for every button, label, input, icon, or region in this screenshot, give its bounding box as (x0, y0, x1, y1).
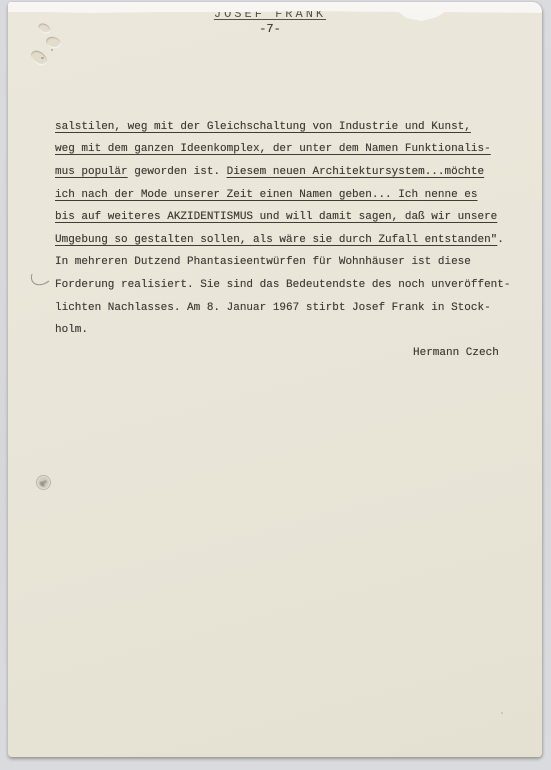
page-number: -7- (242, 22, 298, 36)
text-segment: Forderung realisiert. Sie sind das Bedeu… (55, 279, 510, 291)
text-line: lichten Nachlasses. Am 8. Januar 1967 st… (55, 297, 525, 320)
text-line: weg mit dem ganzen Ideenkomplex, der unt… (55, 138, 525, 161)
text-line: salstilen, weg mit der Gleichschaltung v… (55, 116, 525, 139)
text-line: holm. (55, 319, 525, 342)
underlined-text-segment: Diesem neuen Architektursystem...möchte (227, 166, 484, 178)
underlined-text-segment: ich nach der Mode unserer Zeit einen Nam… (55, 189, 477, 201)
text-segment: holm. (55, 324, 88, 336)
underlined-text-segment: mus populär (55, 166, 128, 178)
signature-line: Hermann Czech (55, 342, 525, 365)
text-segment: lichten Nachlasses. Am 8. Januar 1967 st… (55, 302, 491, 314)
text-line: bis auf weiteres AKZIDENTISMUS und will … (55, 206, 525, 229)
emboss-mark (28, 48, 50, 69)
underlined-text-segment: bis auf weiteres AKZIDENTISMUS und will … (55, 211, 497, 223)
pencil-mark (28, 271, 52, 296)
paper-speck (51, 49, 53, 51)
round-stain-mark (36, 475, 51, 490)
underlined-text-segment: Umgebung so gestalten sollen, als wäre s… (55, 234, 497, 246)
text-line: ich nach der Mode unserer Zeit einen Nam… (55, 184, 525, 207)
typewritten-text: salstilen, weg mit der Gleichschaltung v… (55, 48, 525, 364)
text-line: mus populär geworden ist. Diesem neuen A… (55, 161, 525, 184)
text-segment: geworden ist. (128, 166, 227, 178)
text-segment: In mehreren Dutzend Phantasieentwürfen f… (55, 256, 471, 268)
paper-speck (41, 57, 44, 59)
document-page: JOSEF FRANK -7- salstilen, weg mit der G… (8, 2, 542, 757)
text-line: Umgebung so gestalten sollen, als wäre s… (55, 229, 525, 252)
paper-speck (501, 712, 503, 714)
text-line: Forderung realisiert. Sie sind das Bedeu… (55, 274, 525, 297)
emboss-mark (37, 21, 53, 36)
scan-background: JOSEF FRANK -7- salstilen, weg mit der G… (0, 0, 551, 770)
text-line: In mehreren Dutzend Phantasieentwürfen f… (55, 251, 525, 274)
underlined-text-segment: salstilen, weg mit der Gleichschaltung v… (55, 121, 471, 133)
underlined-text-segment: weg mit dem ganzen Ideenkomplex, der unt… (55, 143, 491, 155)
text-segment: . (497, 234, 504, 246)
